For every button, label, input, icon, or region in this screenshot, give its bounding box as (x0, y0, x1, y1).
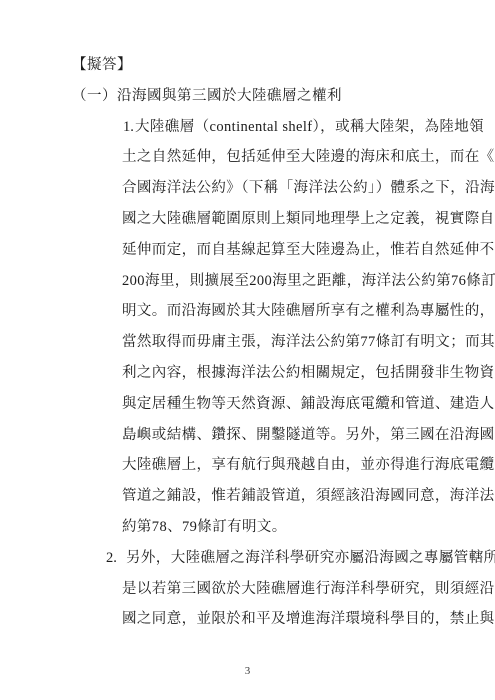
text-line: 合國海洋法公約》（下稱「海洋法公約」）體系之下，沿海 (122, 173, 465, 204)
answer-item-2: 2. 另外，大陸礁層之海洋科學研究亦屬沿海國之專屬管轄所及，是以若第三國欲於大陸… (122, 543, 465, 635)
text-line: 當然取得而毋庸主張，海洋法公約第77條訂有明文；而其權 (122, 327, 465, 358)
item-text: 另外，大陸礁層之海洋科學研究亦屬沿海國之專屬管轄所及，是以若第三國欲於大陸礁層進… (122, 543, 465, 635)
answer-heading: 【擬答】 (72, 50, 465, 81)
text-line: 是以若第三國欲於大陸礁層進行海洋科學研究，則須經沿海 (122, 574, 465, 605)
document-content: 【擬答】 （一）沿海國與第三國於大陸礁層之權利 1. 大陸礁層（continen… (72, 50, 465, 635)
item-text: 大陸礁層（continental shelf），或稱大陸架，為陸地領土之自然延伸… (122, 112, 465, 543)
answer-item-1: 1. 大陸礁層（continental shelf），或稱大陸架，為陸地領土之自… (122, 112, 465, 543)
text-line: 200海里，則擴展至200海里之距離，海洋法公約第76條訂有 (122, 266, 465, 297)
text-line: 國之大陸礁層範圍原則上類同地理學上之定義，視實際自然 (122, 204, 465, 235)
page-number: 3 (0, 664, 495, 678)
text-line: 明文。而沿海國於其大陸礁層所享有之權利為專屬性的，並 (122, 296, 465, 327)
text-line: 大陸礁層上，享有航行與飛越自由，並亦得進行海底電纜和 (122, 450, 465, 481)
text-line: 管道之鋪設，惟若鋪設管道，須經該沿海國同意，海洋法公 (122, 481, 465, 512)
text-line: 約第78、79條訂有明文。 (122, 512, 465, 543)
item-number: 1. (123, 112, 134, 143)
document-page: 【擬答】 （一）沿海國與第三國於大陸礁層之權利 1. 大陸礁層（continen… (0, 0, 495, 700)
text-line: 延伸而定，而自基線起算至大陸邊為止，惟若自然延伸不足 (122, 235, 465, 266)
section-title: （一）沿海國與第三國於大陸礁層之權利 (72, 81, 465, 112)
text-line: 島嶼或結構、鑽探、開鑿隧道等。另外，第三國在沿海國之 (122, 420, 465, 451)
text-line: 利之內容，根據海洋法公約相關規定，包括開發非生物資源 (122, 358, 465, 389)
text-line: 與定居種生物等天然資源、鋪設海底電纜和管道、建造人工 (122, 389, 465, 420)
text-line: 土之自然延伸，包括延伸至大陸邊的海床和底土，而在《聯 (122, 142, 465, 173)
text-line: 另外，大陸礁層之海洋科學研究亦屬沿海國之專屬管轄所及， (122, 543, 465, 574)
text-line: 國之同意，並限於和平及增進海洋環境科學目的，禁止與資 (122, 604, 465, 635)
text-line: 大陸礁層（continental shelf），或稱大陸架，為陸地領 (122, 112, 465, 143)
item-number: 2. (106, 543, 117, 574)
